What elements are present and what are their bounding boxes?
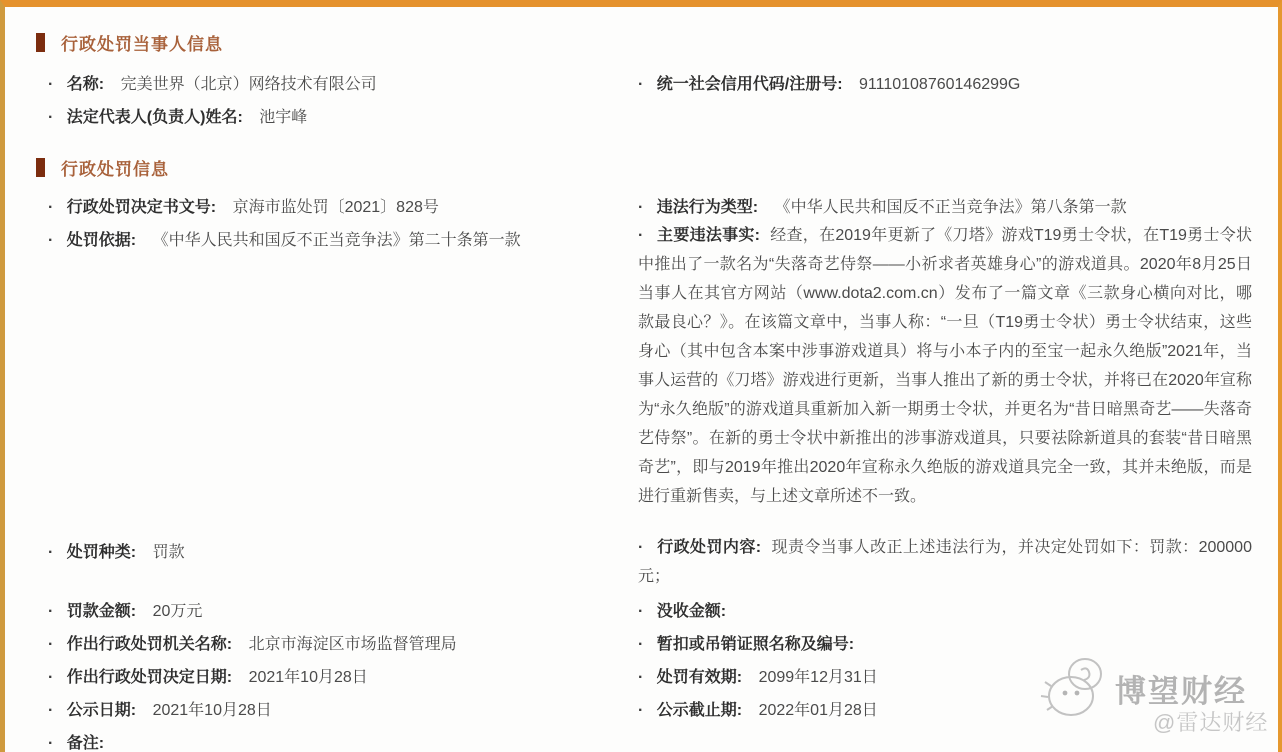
field-authority-name: 作出行政处罚机关名称: 北京市海淀区市场监督管理局 <box>48 631 457 654</box>
field-label: 行政处罚内容: <box>657 539 761 556</box>
field-value: 2021年10月28日 <box>153 702 272 719</box>
field-label: 处罚依据: <box>67 232 136 249</box>
field-confiscation-amount: 没收金额: <box>638 598 738 621</box>
section-marker-icon <box>36 158 45 177</box>
field-violation-type: 违法行为类型: 《中华人民共和国反不正当竞争法》第八条第一款 <box>638 194 1127 217</box>
field-legal-representative: 法定代表人(负责人)姓名: 池宇峰 <box>48 104 307 127</box>
field-label: 处罚有效期: <box>657 669 742 686</box>
watermark-handle: @雷达财经 <box>1153 706 1268 737</box>
section-header-penalty: 行政处罚信息 <box>36 155 169 180</box>
field-value: 2021年10月28日 <box>249 669 368 686</box>
field-value: 《中华人民共和国反不正当竞争法》第八条第一款 <box>775 199 1127 216</box>
watermark-brand: 博望财经 <box>1115 666 1247 711</box>
field-value: 经查，在2019年更新了《刀塔》游戏T19勇士令状，在T19勇士令状中推出了一款… <box>638 227 1252 505</box>
field-label: 法定代表人(负责人)姓名: <box>67 109 243 126</box>
field-decision-doc-number: 行政处罚决定书文号: 京海市监处罚〔2021〕828号 <box>48 194 439 217</box>
field-value: 京海市监处罚〔2021〕828号 <box>233 199 439 216</box>
field-label: 违法行为类型: <box>657 199 758 216</box>
field-penalty-content: 行政处罚内容:现责令当事人改正上述违法行为，并决定处罚如下：罚款：200000元… <box>638 533 1252 591</box>
field-decision-date: 作出行政处罚决定日期: 2021年10月28日 <box>48 664 368 687</box>
field-license-revocation: 暂扣或吊销证照名称及编号: <box>638 631 866 654</box>
field-value: 91110108760146299G <box>859 76 1020 93</box>
watermark: 博望财经 @雷达财经 <box>1035 648 1275 748</box>
field-penalty-basis: 处罚依据: 《中华人民共和国反不正当竞争法》第二十条第一款 <box>48 227 521 250</box>
field-value: 2099年12月31日 <box>759 669 878 686</box>
field-label: 作出行政处罚决定日期: <box>67 669 232 686</box>
field-label: 作出行政处罚机关名称: <box>67 636 232 653</box>
field-main-violation-facts: 主要违法事实:经查，在2019年更新了《刀塔》游戏T19勇士令状，在T19勇士令… <box>638 221 1252 511</box>
field-label: 公示截止期: <box>657 702 742 719</box>
section-marker-icon <box>36 33 45 52</box>
field-label: 名称: <box>67 76 104 93</box>
section-header-party: 行政处罚当事人信息 <box>36 30 223 55</box>
field-label: 主要违法事实: <box>657 227 760 244</box>
field-label: 罚款金额: <box>67 603 136 620</box>
field-label: 暂扣或吊销证照名称及编号: <box>657 636 854 653</box>
field-value: 北京市海淀区市场监督管理局 <box>249 636 457 653</box>
field-value: 《中华人民共和国反不正当竞争法》第二十条第一款 <box>153 232 521 249</box>
field-label: 备注: <box>67 735 104 752</box>
field-label: 统一社会信用代码/注册号: <box>657 76 843 93</box>
section-title: 行政处罚当事人信息 <box>61 30 223 55</box>
section-title: 行政处罚信息 <box>61 155 169 180</box>
field-remark: 备注: <box>48 730 116 752</box>
field-label: 没收金额: <box>657 603 726 620</box>
mascot-icon <box>1035 652 1113 724</box>
field-company-name: 名称: 完美世界（北京）网络技术有限公司 <box>48 71 377 94</box>
field-publish-end-date: 公示截止期: 2022年01月28日 <box>638 697 878 720</box>
field-penalty-validity: 处罚有效期: 2099年12月31日 <box>638 664 878 687</box>
field-label: 行政处罚决定书文号: <box>67 199 216 216</box>
field-credit-code: 统一社会信用代码/注册号: 91110108760146299G <box>638 71 1020 94</box>
field-label: 处罚种类: <box>67 544 136 561</box>
field-label: 公示日期: <box>67 702 136 719</box>
field-fine-amount: 罚款金额: 20万元 <box>48 598 202 621</box>
field-penalty-type: 处罚种类: 罚款 <box>48 539 185 562</box>
field-publish-date: 公示日期: 2021年10月28日 <box>48 697 272 720</box>
field-value: 20万元 <box>153 603 203 620</box>
field-value: 完美世界（北京）网络技术有限公司 <box>121 76 377 93</box>
field-value: 罚款 <box>153 544 185 561</box>
field-value: 2022年01月28日 <box>759 702 878 719</box>
field-value: 池宇峰 <box>259 109 307 126</box>
